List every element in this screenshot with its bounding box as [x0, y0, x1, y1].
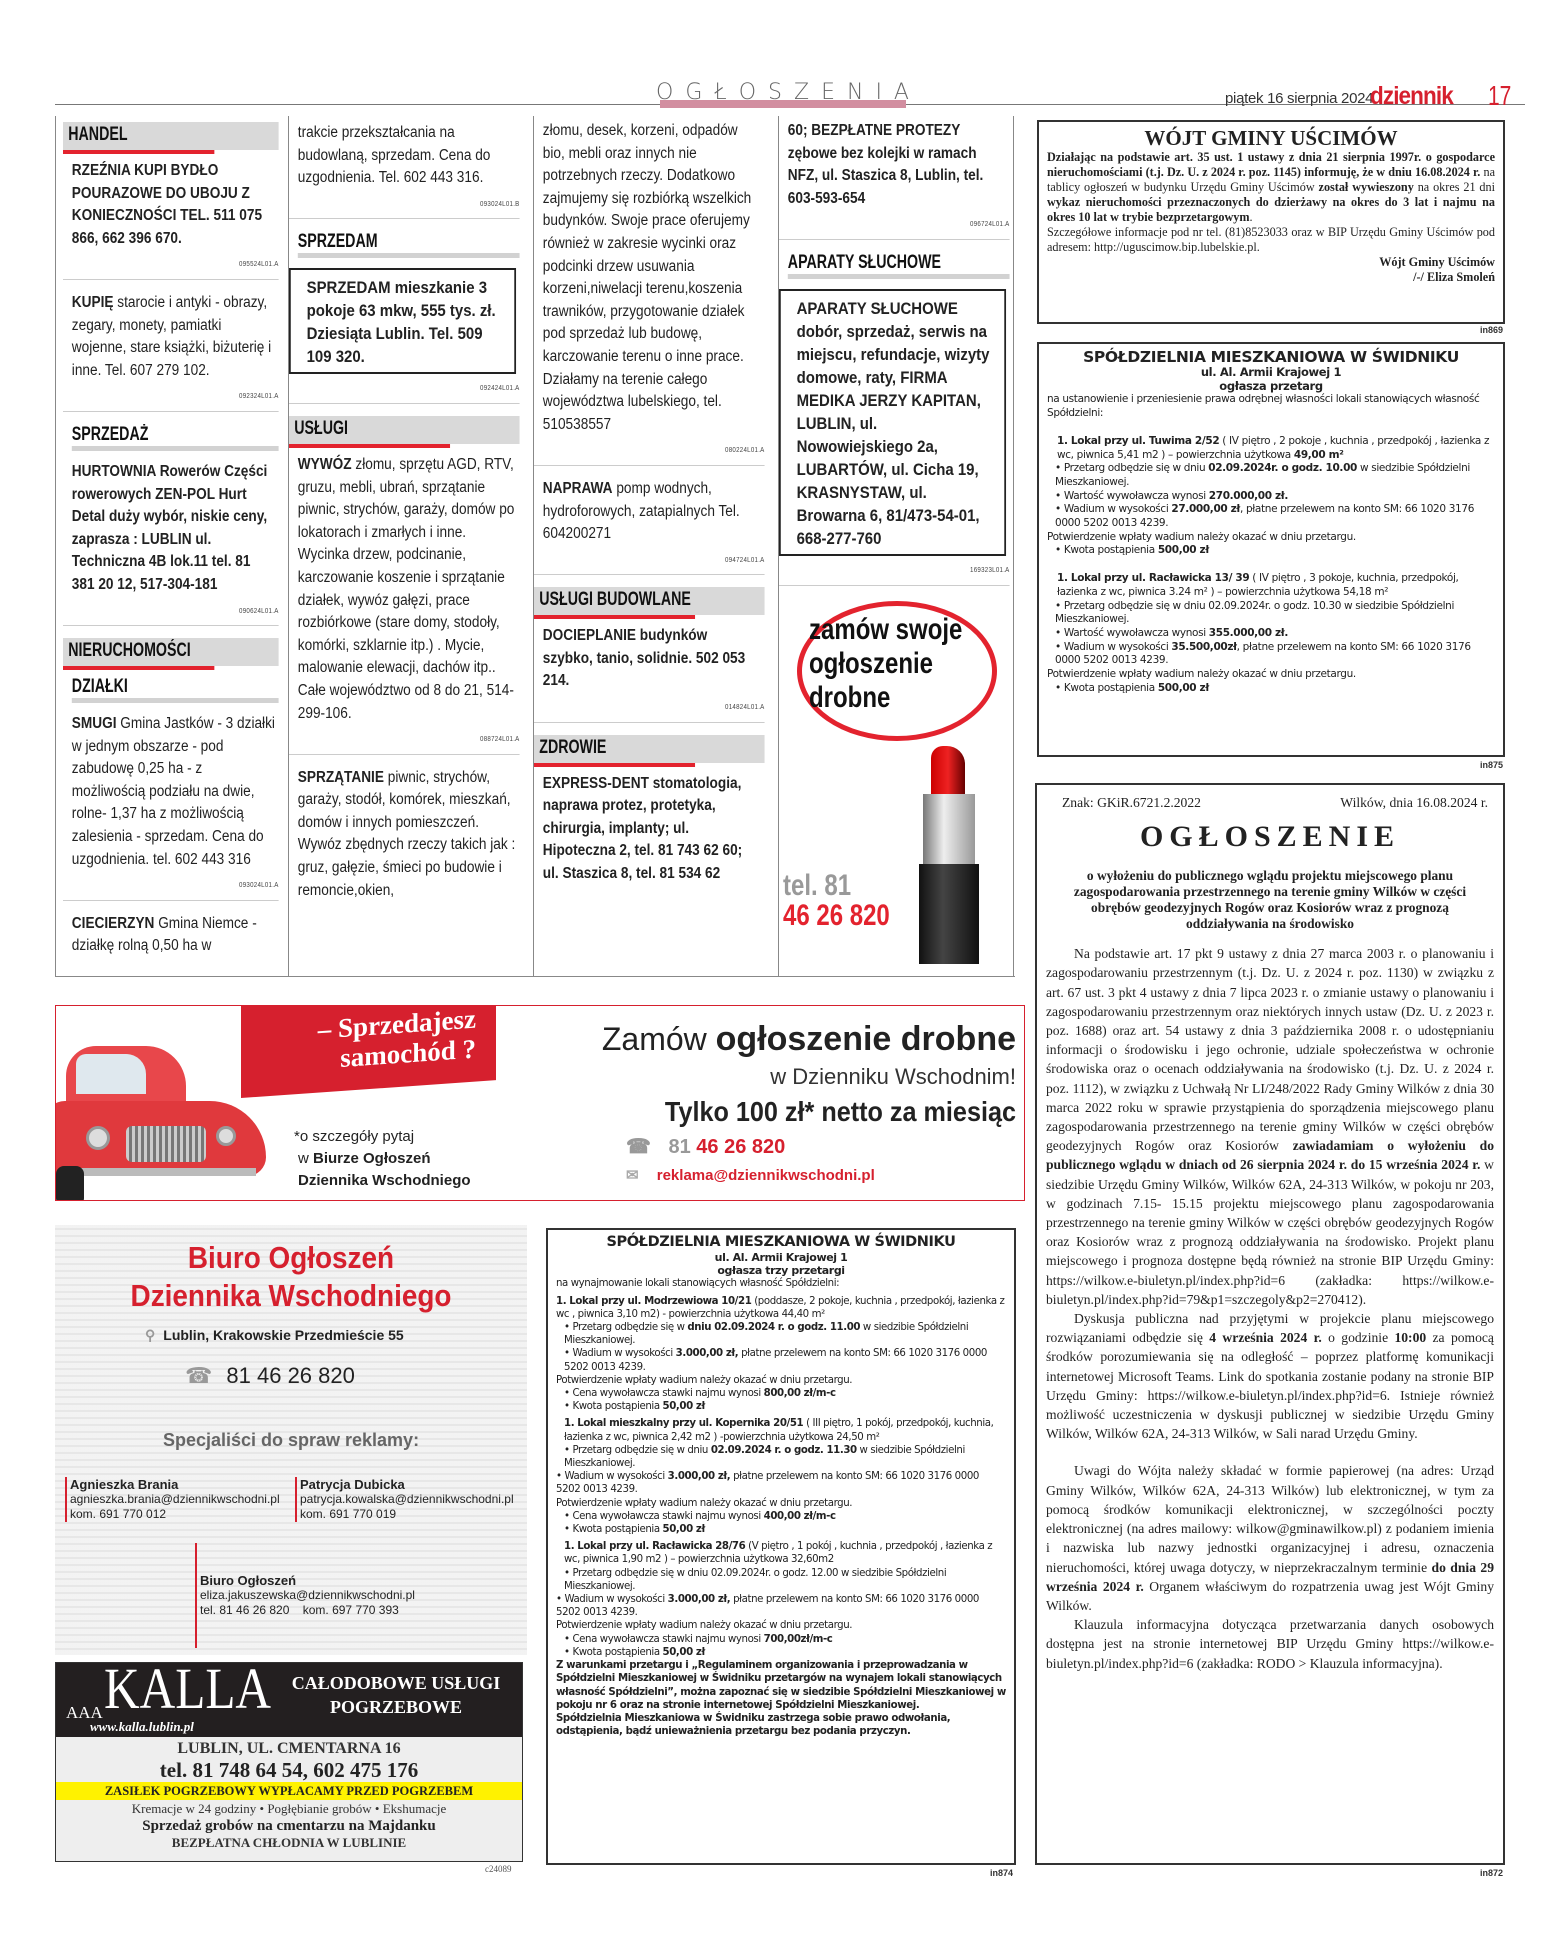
kalla-services: Kremacje w 24 godziny • Pogłębianie grob…: [56, 1800, 522, 1817]
ad-code: 096724L01.A: [779, 214, 1010, 240]
banner-price: Tylko 100 zł* netto za miesiąc: [476, 1096, 1016, 1128]
ad-wywoz: WYWÓZ złomu, sprzętu AGD, RTV, gruzu, me…: [289, 454, 520, 725]
notice-sm-sale: SPÓŁDZIELNIA MIESZKANIOWA W ŚWIDNIKU ul.…: [1037, 342, 1505, 757]
classifieds-column-4: 60; BEZPŁATNE PROTEZY zębowe bez kolejki…: [778, 116, 1014, 976]
notice-item: 1. Lokal przy ul. Racławicka 13/ 39 ( IV…: [1047, 572, 1495, 695]
newspaper-logo: dziennik: [1370, 82, 1453, 111]
promo-text: zamów swojeogłoszeniedrobne: [809, 613, 962, 715]
notice-wilkow: Znak: GKiR.6721.2.2022Wilków, dnia 16.08…: [1035, 783, 1505, 1865]
ad-code: 169323L01.A: [779, 560, 1010, 586]
ad-protezy: 60; BEZPŁATNE PROTEZY zębowe bez kolejki…: [779, 120, 1010, 210]
notice-subtitle: ogłasza trzy przetargi: [556, 1264, 1006, 1277]
kalla-phone: tel. 81 748 64 54, 602 475 176: [56, 1758, 522, 1782]
office-title: Biuro OgłoszeńDziennika Wschodniego: [79, 1239, 504, 1315]
notice-tag: in875: [1480, 760, 1503, 770]
notice-body: Działając na podstawie art. 35 ust. 1 us…: [1047, 150, 1495, 225]
ad-box-sprzedam: SPRZEDAM mieszkanie 3 pokoje 63 mkw, 555…: [289, 268, 516, 374]
notice-item: 1. Lokal przy ul. Tuwima 2/52 ( IV piętr…: [1047, 435, 1495, 558]
classifieds-column-2: trakcie przekształcania na budowlaną, sp…: [288, 116, 533, 976]
banner-headline: Zamów ogłoszenie drobne: [416, 1020, 1016, 1059]
ad-naprawa: NAPRAWA pomp wodnych, hydroforowych, zat…: [534, 478, 765, 546]
lipstick-icon: [919, 746, 979, 966]
car-ad-banner: – Sprzedajeszsamochód ? Zamów ogłoszenie…: [55, 1005, 1025, 1201]
ad-smugi: SMUGI Gmina Jastków - 3 działki w jednym…: [63, 713, 279, 871]
ad-code: c24089: [485, 1864, 512, 1874]
notice-header-row: Znak: GKiR.6721.2.2022Wilków, dnia 16.08…: [1046, 793, 1494, 812]
phone-icon: ☎: [185, 1363, 212, 1388]
ad-code: 093024L01.A: [63, 875, 279, 901]
notice-item: 1. Lokal przy ul. Racławicka 28/76 (V pi…: [556, 1540, 1006, 1659]
columns-bottom-rule: [55, 976, 1015, 977]
classifieds-column-1: HANDEL RZEŹNIA KUPI BYDŁO POURAZOWE DO U…: [55, 116, 285, 976]
phone-icon: ☎: [626, 1136, 651, 1158]
notice-uscimow: WÓJT GMINY UŚCIMÓW Działając na podstawi…: [1037, 120, 1505, 324]
place-date: Wilków, dnia 16.08.2024 r.: [1340, 793, 1488, 812]
kalla-logo: KALLA: [104, 1659, 271, 1719]
notice-paragraph: Klauzula informacyjna dotycząca przetwar…: [1046, 1615, 1494, 1673]
ad-docieplanie: DOCIEPLANIE budynków szybko, tanio, soli…: [534, 625, 765, 693]
notice-item: 1. Lokal mieszkalny przy ul. Kopernika 2…: [556, 1417, 1006, 1536]
promo-phone: tel. 81 46 26 820: [783, 871, 890, 931]
category-uslugi: USŁUGI: [289, 416, 520, 444]
classifieds-column-3: złomu, desek, korzeni, odpadów bio, mebl…: [533, 116, 778, 976]
contact-card: Biuro Ogłoszeńeliza.jakuszewska@dziennik…: [195, 1543, 415, 1648]
banner-phone: ☎ 81 46 26 820: [626, 1134, 785, 1159]
contact-card: Patrycja Dubickapatrycja.kowalska@dzienn…: [295, 1477, 514, 1522]
location-pin-icon: ⚲: [145, 1327, 155, 1343]
notice-paragraph: Dyskusja publiczna nad przyjętymi w proj…: [1046, 1309, 1494, 1443]
ad-code: 090624L01.A: [63, 601, 279, 627]
ad-code: 095524L01.A: [63, 254, 279, 280]
notice-details: Szczegółowe informacje pod nr tel. (81)8…: [1047, 225, 1495, 255]
notice-title: SPÓŁDZIELNIA MIESZKANIOWA W ŚWIDNIKU: [1047, 348, 1495, 366]
ad-ciecierzyn: CIECIERZYN Gmina Niemce - działkę rolną …: [63, 913, 279, 958]
kalla-funeral-ad: AAA KALLA www.kalla.lublin.pl CAŁODOBOWE…: [55, 1662, 523, 1862]
ad-office-box: Biuro OgłoszeńDziennika Wschodniego ⚲Lub…: [55, 1225, 527, 1655]
notice-paragraph: Na podstawie art. 17 pkt 9 ustawy z dnia…: [1046, 944, 1494, 1309]
ad-hurtownia: HURTOWNIA Rowerów Części rowerowych ZEN-…: [63, 461, 279, 597]
notice-title: OGŁOSZENIE: [1046, 816, 1494, 858]
ad-kupie: KUPIĘ starocie i antyki - obrazy, zegary…: [63, 292, 279, 382]
envelope-icon: ✉: [626, 1167, 639, 1184]
notice-intro: na ustanowienie i przeniesienie prawa od…: [1047, 393, 1495, 420]
ad-rzeznia: RZEŹNIA KUPI BYDŁO POURAZOWE DO UBOJU Z …: [63, 160, 279, 250]
banner-email[interactable]: ✉ reklama@dziennikwschodni.pl: [626, 1166, 875, 1184]
notice-closing: Spółdzielnia Mieszkaniowa w Świdniku zas…: [556, 1712, 1006, 1738]
category-dzialki: DZIAŁKI: [63, 676, 279, 703]
ad-code: 094724L01.A: [534, 550, 765, 576]
ad-sprzatanie: SPRZĄTANIE piwnic, strychów, garaży, sto…: [289, 767, 520, 903]
notice-signature: Wójt Gminy Uścimów/-/ Eliza Smoleń: [1047, 255, 1495, 285]
office-phone: ☎81 46 26 820: [185, 1363, 355, 1389]
kalla-graves: Sprzedaż grobów na cmentarzu na Majdanku: [56, 1817, 522, 1835]
notice-intro: na wynajmowanie lokali stanowiących włas…: [556, 1277, 1006, 1290]
banner-note: *o szczegóły pytaj w Biurze Ogłoszeń Dzi…: [294, 1126, 471, 1192]
category-zdrowie: ZDROWIE: [534, 735, 765, 763]
section-underline: [660, 100, 906, 108]
banner-subline: w Dzienniku Wschodnim!: [416, 1064, 1016, 1090]
ad-continued: trakcie przekształcania na budowlaną, sp…: [289, 122, 520, 190]
ad-continued: złomu, desek, korzeni, odpadów bio, mebl…: [534, 120, 765, 436]
reference-number: Znak: GKiR.6721.2.2022: [1062, 793, 1201, 812]
page-number: 17: [1488, 80, 1511, 112]
promo-lipstick-ad: zamów swojeogłoszeniedrobne tel. 81 46 2…: [779, 601, 1014, 961]
category-uslugi-budowlane: USŁUGI BUDOWLANE: [534, 587, 765, 615]
specialists-heading: Specjaliści do spraw reklamy:: [55, 1430, 527, 1451]
category-handel: HANDEL: [63, 122, 279, 150]
kalla-address: LUBLIN, UL. CMENTARNA 16: [56, 1739, 522, 1758]
notice-title: SPÓŁDZIELNIA MIESZKANIOWA W ŚWIDNIKU: [556, 1234, 1006, 1251]
contact-card: Agnieszka Braniaagnieszka.brania@dzienni…: [65, 1477, 280, 1522]
kalla-highlight: ZASIŁEK POGRZEBOWY WYPŁACAMY PRZED POGRZ…: [56, 1782, 522, 1800]
ad-code: 080224L01.A: [534, 440, 765, 466]
kalla-cold-storage: BEZPŁATNA CHŁODNIA W LUBLINIE: [56, 1835, 522, 1851]
category-sprzedam: SPRZEDAM: [289, 231, 520, 258]
notice-item: 1. Lokal przy ul. Modrzewiowa 10/21 (pod…: [556, 1295, 1006, 1414]
ad-box-aparaty: APARATY SŁUCHOWE dobór, sprzedaż, serwis…: [779, 289, 1006, 556]
ad-code: 092424L01.A: [289, 378, 520, 404]
ad-express-dent: EXPRESS-DENT stomatologia, naprawa prote…: [534, 773, 765, 886]
category-nieruchomosci: NIERUCHOMOŚCI: [63, 638, 279, 666]
notice-address: ul. Al. Armii Krajowej 1: [556, 1251, 1006, 1264]
office-address: ⚲Lublin, Krakowskie Przedmieście 55: [145, 1327, 404, 1344]
ad-code: 093024L01.B: [289, 194, 520, 220]
notice-title: WÓJT GMINY UŚCIMÓW: [1047, 126, 1495, 150]
notice-tag: in874: [990, 1868, 1013, 1878]
notice-sm-rent: SPÓŁDZIELNIA MIESZKANIOWA W ŚWIDNIKU ul.…: [546, 1228, 1016, 1865]
notice-paragraph: Uwagi do Wójta należy składać w formie p…: [1046, 1461, 1494, 1615]
ad-code: 088724L01.A: [289, 729, 520, 755]
notice-subtitle: ogłasza przetarg: [1047, 380, 1495, 394]
ad-code: 014824L01.A: [534, 697, 765, 723]
ad-code: 092324L01.A: [63, 386, 279, 412]
notice-closing: Z warunkami przetargu i „Regulaminem org…: [556, 1659, 1006, 1712]
kalla-header: AAA KALLA www.kalla.lublin.pl CAŁODOBOWE…: [56, 1663, 522, 1737]
notice-address: ul. Al. Armii Krajowej 1: [1047, 366, 1495, 380]
notice-tag: in872: [1480, 1868, 1503, 1878]
category-sprzedaz: SPRZEDAŻ: [63, 424, 279, 451]
notice-subtitle: o wyłożeniu do publicznego wglądu projek…: [1046, 868, 1494, 932]
notice-tag: in869: [1480, 325, 1503, 335]
category-aparaty: APARATY SŁUCHOWE: [779, 252, 1010, 279]
issue-date: piątek 16 sierpnia 2024: [1225, 90, 1373, 107]
